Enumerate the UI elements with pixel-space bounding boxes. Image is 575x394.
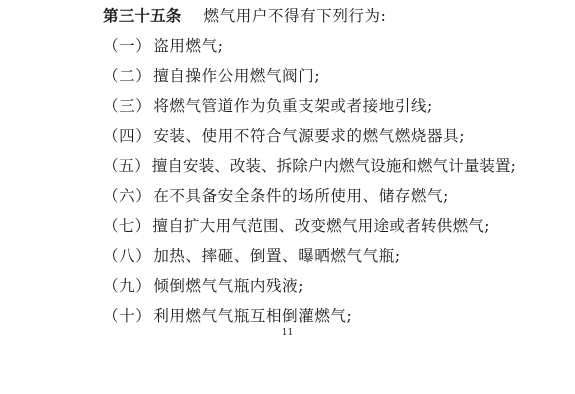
item-number: （三） [103, 96, 151, 116]
document-page: 第三十五条燃气用户不得有下列行为: （一）盗用燃气; （二）擅自操作公用燃气阀门… [0, 0, 575, 394]
item-text: 在不具备安全条件的场所使用、储存燃气; [153, 187, 449, 205]
list-item: （六）在不具备安全条件的场所使用、储存燃气; [103, 186, 449, 206]
item-text: 将燃气管道作为负重支架或者接地引线; [153, 97, 433, 115]
list-item: （三）将燃气管道作为负重支架或者接地引线; [103, 96, 433, 116]
list-item: （七）擅自扩大用气范围、改变燃气用途或者转供燃气; [103, 216, 490, 236]
list-item: （二）擅自操作公用燃气阀门; [103, 66, 320, 86]
item-number: （六） [103, 186, 151, 206]
item-text: 擅自扩大用气范围、改变燃气用途或者转供燃气; [152, 217, 489, 235]
item-number: （十） [103, 306, 151, 326]
item-text: 擅自安装、改装、拆除户内燃气设施和燃气计量装置; [152, 157, 516, 175]
item-text: 盗用燃气; [153, 37, 223, 55]
list-item: （四）安装、使用不符合气源要求的燃气燃烧器具; [103, 126, 465, 146]
article-lead: 燃气用户不得有下列行为: [204, 7, 387, 25]
article-heading: 第三十五条 [103, 7, 182, 25]
list-item: （八）加热、摔砸、倒置、曝晒燃气气瓶; [103, 246, 401, 266]
item-number: （四） [103, 126, 151, 146]
list-item: （五）擅自安装、改装、拆除户内燃气设施和燃气计量装置; [103, 156, 516, 176]
item-text: 利用燃气气瓶互相倒灌燃气; [153, 307, 352, 325]
list-item: （一）盗用燃气; [103, 36, 224, 56]
item-number: （二） [103, 66, 151, 86]
item-text: 安装、使用不符合气源要求的燃气燃烧器具; [153, 127, 465, 145]
item-number: （九） [103, 276, 151, 296]
article-line: 第三十五条燃气用户不得有下列行为: [103, 6, 386, 26]
item-number: （七） [103, 216, 150, 236]
list-item: （九）倾倒燃气气瓶内残液; [103, 276, 304, 296]
page-number: 11 [0, 328, 575, 338]
item-text: 倾倒燃气气瓶内残液; [153, 277, 304, 295]
item-number: （五） [103, 156, 150, 176]
item-text: 擅自操作公用燃气阀门; [153, 67, 320, 85]
item-number: （一） [103, 36, 151, 56]
item-number: （八） [103, 246, 151, 266]
item-text: 加热、摔砸、倒置、曝晒燃气气瓶; [153, 247, 400, 265]
list-item: （十）利用燃气气瓶互相倒灌燃气; [103, 306, 352, 326]
